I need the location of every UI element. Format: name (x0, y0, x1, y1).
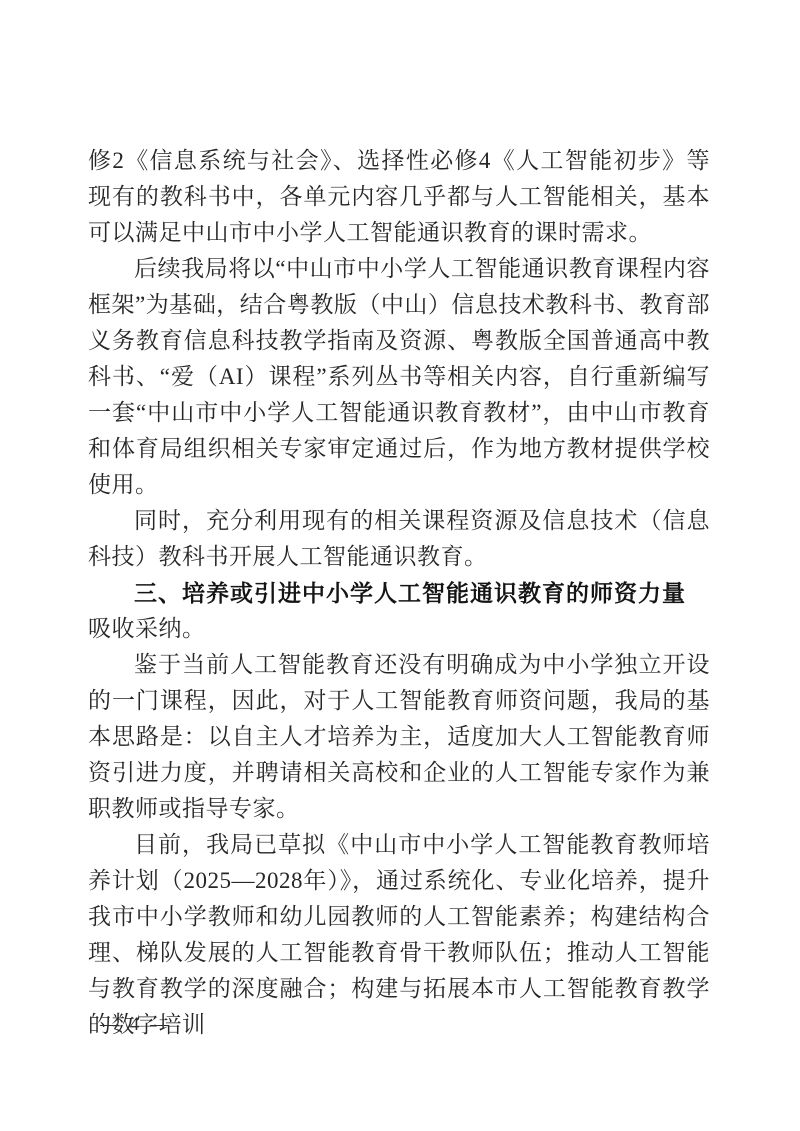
paragraph: 吸收采纳。 (88, 611, 710, 647)
page-footer: — 4 — (100, 1011, 172, 1039)
paragraph: 后续我局将以“中山市中小学人工智能通识教育课程内容框架”为基础，结合粤教版（中山… (88, 251, 710, 503)
document-page: 修2《信息系统与社会》、选择性必修4《人工智能初步》等现有的教科书中，各单元内容… (0, 0, 800, 1131)
section-heading: 三、培养或引进中小学人工智能通识教育的师资力量 (88, 575, 710, 611)
document-body: 修2《信息系统与社会》、选择性必修4《人工智能初步》等现有的教科书中，各单元内容… (88, 143, 710, 1043)
page-number: — 4 — (100, 1014, 172, 1035)
paragraph: 修2《信息系统与社会》、选择性必修4《人工智能初步》等现有的教科书中，各单元内容… (88, 143, 710, 251)
paragraph: 同时，充分利用现有的相关课程资源及信息技术（信息科技）教科书开展人工智能通识教育… (88, 503, 710, 575)
paragraph: 目前，我局已草拟《中山市中小学人工智能教育教师培养计划（2025—2028年）》… (88, 827, 710, 1043)
paragraph: 鉴于当前人工智能教育还没有明确成为中小学独立开设的一门课程，因此，对于人工智能教… (88, 647, 710, 827)
